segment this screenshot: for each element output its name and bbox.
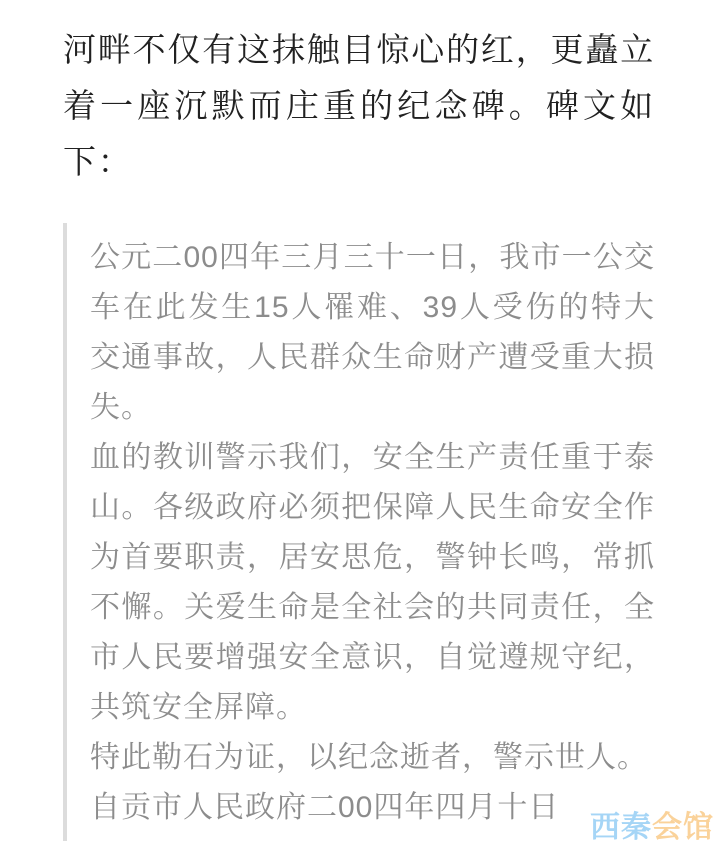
intro-paragraph: 河畔不仅有这抹触目惊心的红，更矗立着一座沉默而庄重的纪念碑。碑文如下： [63, 22, 655, 190]
inscription-paragraph: 血的教训警示我们，安全生产责任重于泰山。各级政府必须把保障人民生命安全作为首要职… [90, 433, 655, 733]
article-body: 河畔不仅有这抹触目惊心的红，更矗立着一座沉默而庄重的纪念碑。碑文如下： 公元二0… [0, 0, 720, 841]
inscription-paragraph: 自贡市人民政府二00四年四月十日 [90, 783, 655, 833]
inscription-paragraph: 特此勒石为证，以纪念逝者，警示世人。 [90, 733, 655, 783]
watermark-text-huiguan: 会馆 [652, 811, 714, 844]
watermark-logo: 西秦会馆 [590, 802, 714, 846]
watermark-text-xiqin: 西秦 [590, 811, 652, 844]
inscription-blockquote: 公元二00四年三月三十一日，我市一公交车在此发生15人罹难、39人受伤的特大交通… [63, 223, 655, 841]
inscription-paragraph: 公元二00四年三月三十一日，我市一公交车在此发生15人罹难、39人受伤的特大交通… [90, 233, 655, 433]
